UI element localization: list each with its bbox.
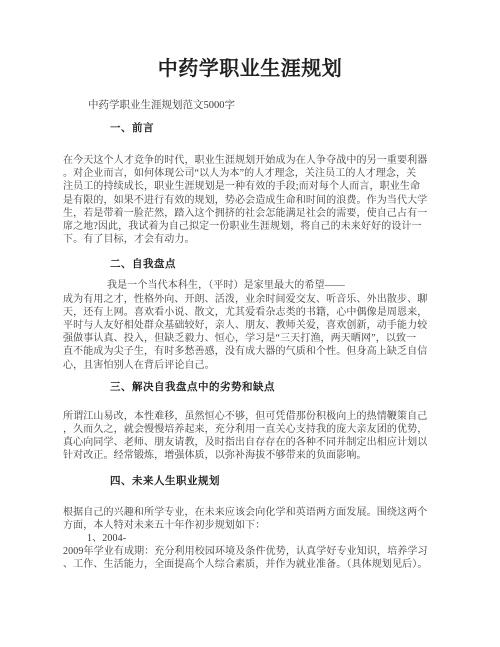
section-foreword: 一、前言 在今天这个人才竞争的时代，职业生涯规划开始成为在人争夺战中的另一重要利… — [63, 122, 437, 246]
text-line: 所谓江山易改，本性难移，虽然恒心不够，但可凭借那份积极向上的热情鞭策自己 — [63, 410, 437, 423]
text-line: ，久而久之，就会慢慢培养起来，充分利用一直关心支持我的庞大亲友团的优势， — [63, 423, 437, 436]
document-title: 中药学职业生涯规划 — [63, 0, 437, 82]
text-line: 2009年学业有成期：充分利用校园环境及条件优势，认真学好专业知识，培养学习 — [63, 545, 437, 558]
paragraph: 根据自己的兴趣和所学专业，在未来应该会向化学和英语两方面发展。围绕这两个 方面，… — [63, 506, 437, 572]
text-line: 。对企业而言，如何体现公司“以人为本”的人才理念，关注员工的人才理念，关 — [63, 167, 437, 180]
text-line: 成为有用之才，性格外向、开朗、活泼，业余时间爱交友、听音乐、外出散步、聊 — [63, 293, 437, 306]
text-line: 真心向同学、老师、朋友请教，及时指出自存存在的各种不同并制定出相应计划以 — [63, 436, 437, 449]
document-page: 中药学职业生涯规划 中药学职业生涯规划范文5000字 一、前言 在今天这个人才竞… — [0, 0, 500, 647]
text-line: 心，且害怕别人在背后评论自己。 — [63, 359, 437, 372]
text-line: 下。有了目标，才会有动力。 — [63, 233, 437, 246]
text-line: 我是一个当代本科生，（平时）是家里最大的希望—— — [63, 279, 437, 292]
section-heading-future-plan: 四、未来人生职业规划 — [63, 475, 437, 488]
text-line: 根据自己的兴趣和所学专业，在未来应该会向化学和英语两方面发展。围绕这两个 — [63, 506, 437, 519]
text-line: 天，还有上网。喜欢看小说、散文，尤其爱看杂志类的书籍，心中偶像是周恩来， — [63, 306, 437, 319]
section-heading-weaknesses: 三、解决自我盘点中的劣势和缺点 — [63, 381, 437, 394]
text-line: 1、2004- — [63, 532, 437, 545]
text-line: 是有限的，如果不进行有效的规划，势必会造成生命和时间的浪费。作为当代大学 — [63, 194, 437, 207]
text-line: 生，若是带着一脸茫然，踏入这个拥挤的社会怎能满足社会的需要，使自己占有一 — [63, 207, 437, 220]
text-line: 注员工的持续成长，职业生涯规划是一种有效的手段;而对每个人而言，职业生命 — [63, 180, 437, 193]
section-self-inventory: 二、自我盘点 我是一个当代本科生，（平时）是家里最大的希望—— 成为有用之才，性… — [63, 258, 437, 371]
text-line: 平时与人友好相处群众基础较好，亲人、朋友、教师关爱，喜欢创新，动手能力较 — [63, 319, 437, 332]
section-heading-foreword: 一、前言 — [63, 122, 437, 135]
text-line: 方面，本人特对未来五十年作初步规划如下： — [63, 519, 437, 532]
text-line: 席之地?因此，我试着为自己拟定一份职业生涯规划，将自己的未来好好的设计一 — [63, 220, 437, 233]
document-subtitle: 中药学职业生涯规划范文5000字 — [88, 99, 437, 112]
section-weaknesses: 三、解决自我盘点中的劣势和缺点 所谓江山易改，本性难移，虽然恒心不够，但可凭借那… — [63, 381, 437, 463]
paragraph: 我是一个当代本科生，（平时）是家里最大的希望—— 成为有用之才，性格外向、开朗、… — [63, 279, 437, 371]
text-line: 强做事认真、投入，但缺乏毅力、恒心，学习是“三天打渔，两天晒网”，以致一 — [63, 332, 437, 345]
text-line: 在今天这个人才竞争的时代，职业生涯规划开始成为在人争夺战中的另一重要利器 — [63, 154, 437, 167]
section-heading-self-inventory: 二、自我盘点 — [63, 258, 437, 271]
text-line: 直不能成为尖子生，有时多愁善感，没有成大器的气质和个性。但身高上缺乏自信 — [63, 345, 437, 358]
text-line: 针对改正。经常锻炼，增强体质，以弥补海拔不够带来的负面影响。 — [63, 449, 437, 462]
paragraph: 所谓江山易改，本性难移，虽然恒心不够，但可凭借那份积极向上的热情鞭策自己 ，久而… — [63, 410, 437, 463]
paragraph: 在今天这个人才竞争的时代，职业生涯规划开始成为在人争夺战中的另一重要利器 。对企… — [63, 154, 437, 246]
section-future-plan: 四、未来人生职业规划 根据自己的兴趣和所学专业，在未来应该会向化学和英语两方面发… — [63, 475, 437, 572]
text-line: 、工作、生活能力，全面提高个人综合素质，并作为就业准备。（具体规划见后）。 — [63, 558, 437, 571]
